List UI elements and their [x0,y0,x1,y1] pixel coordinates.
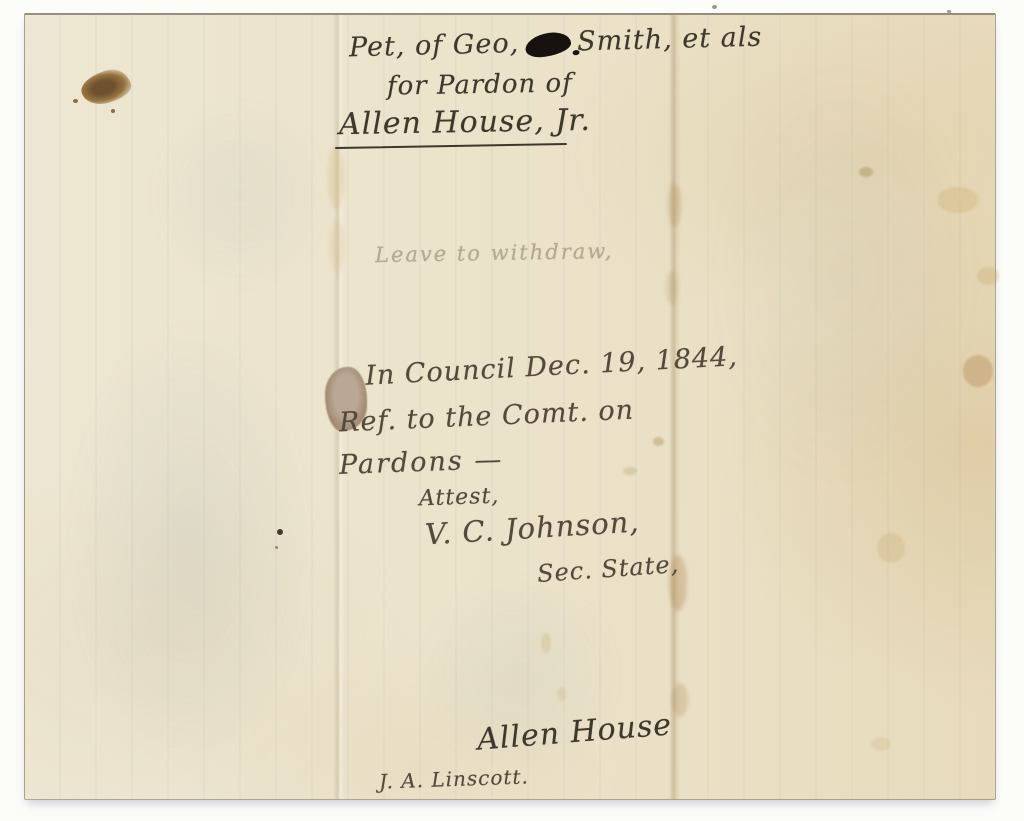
ink-blot [524,30,573,60]
attest-label: Attest, [419,484,500,512]
signature-witness: J. A. Linscott. [379,764,530,793]
foxing-spot [963,355,993,387]
stain [672,683,688,717]
signature-allen-house: Allen House [476,707,673,757]
stain-speck [73,99,78,103]
ink-smear-stain [78,65,134,108]
stain [330,220,344,272]
foxing-spot [937,187,979,213]
secretary-office: Sec. State, [536,550,680,588]
foxing-spot [623,467,637,475]
title-underline [335,143,567,149]
foxing-spot [877,533,905,563]
show-through-writing [705,55,985,495]
foxing-spot [557,687,566,701]
ink-speck [277,529,283,535]
stain-speck [111,109,115,113]
council-endorsement-line-1: In Council Dec. 19, 1844, [364,341,738,391]
document-scan: Pet, of Geo, Smith, et als for Pardon of… [0,0,1024,821]
scanner-dust-speck [712,5,717,9]
docket-title-line-1-before-blot: Pet, of Geo, [349,28,520,63]
show-through-writing [65,315,315,775]
foxing-spot [653,437,664,446]
stain [328,145,344,209]
stain [668,183,681,227]
ink-speck [275,546,278,549]
pencil-note: Leave to withdraw, [375,239,614,267]
paper-sheet: Pet, of Geo, Smith, et als for Pardon of… [24,13,996,800]
docket-title-line-3: Allen House, Jr. [339,103,591,142]
foxing-spot [871,737,891,751]
secretary-signature: V. C. Johnson, [424,504,640,551]
foxing-spot [541,633,551,653]
docket-title-line-2: for Pardon of [387,68,573,101]
show-through-writing [145,95,335,295]
council-endorsement-line-2: Ref. to the Comt. on [338,395,634,439]
council-endorsement-line-3: Pardons — [339,444,504,481]
foxing-spot [977,267,999,285]
docket-title-line-1: Pet, of Geo, Smith, et als [349,22,763,64]
stain [666,271,678,305]
foxing-spot [859,167,873,177]
fold-crease-right [669,15,681,799]
docket-title-line-1-after-blot: Smith, et als [577,22,763,58]
